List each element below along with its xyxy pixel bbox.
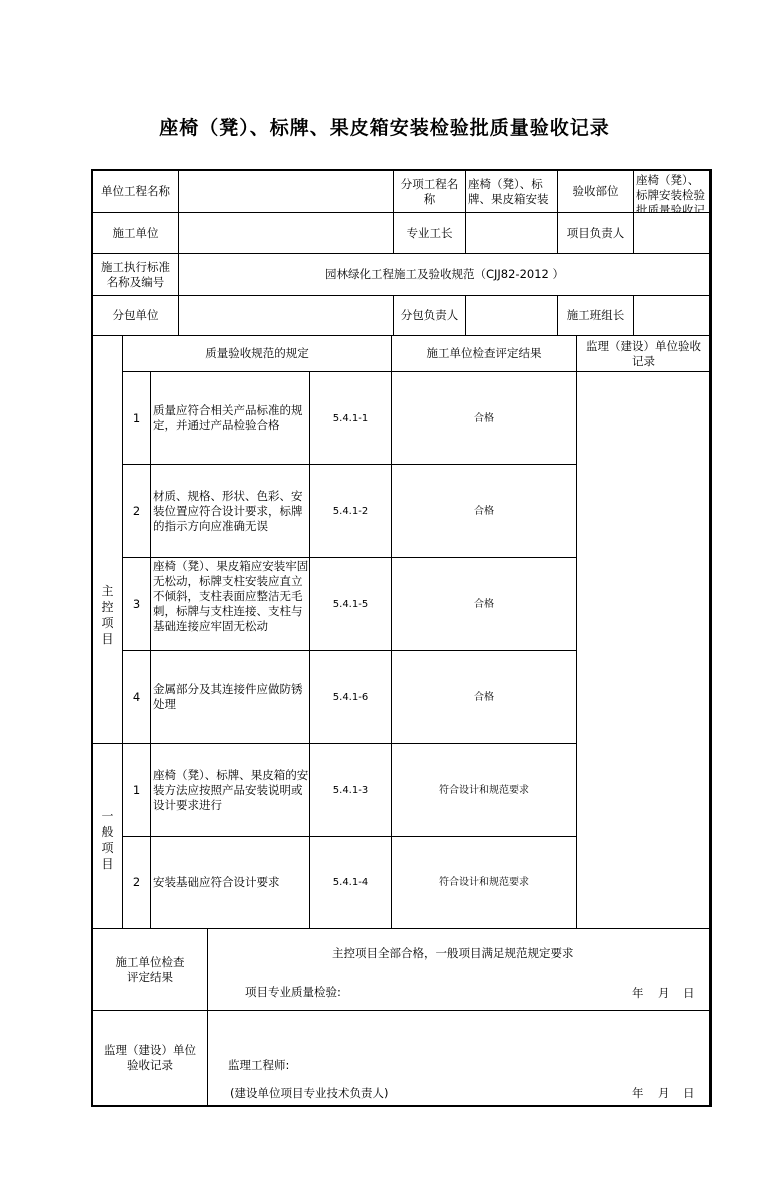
general-item-2-result[interactable]: 符合设计和规范要求	[391, 836, 577, 929]
quality-inspector-label: 项目专业质量检验:	[245, 984, 341, 1000]
subcontractor-field[interactable]	[178, 295, 394, 336]
general-item-1-requirement: 座椅（凳）、标牌、果皮箱的安装方法应按照产品安装说明或设计要求进行	[150, 743, 310, 837]
general-label: 一 般 项 目	[101, 808, 113, 872]
unit-project-name-label: 单位工程名称	[92, 170, 179, 213]
main-item-1-no: 1	[122, 371, 151, 465]
standard-label: 施工执行标准名称及编号	[92, 253, 179, 296]
inspection-record-table: 单位工程名称 分项工程名称 座椅（凳）、标牌、果皮箱安装 验收部位 座椅（凳）、…	[0, 0, 769, 1202]
general-category: 一 般 项 目	[92, 743, 123, 929]
check-date-year: 年	[632, 985, 644, 1001]
main-item-4-result[interactable]: 合格	[391, 650, 577, 744]
check-date-month: 月	[658, 985, 670, 1001]
supervising-engineer-label: 监理工程师:	[228, 1057, 289, 1073]
subcontract-manager-field[interactable]	[465, 295, 558, 336]
supervision-record-field[interactable]	[576, 371, 711, 929]
main-item-2-result[interactable]: 合格	[391, 464, 577, 558]
general-item-1-result[interactable]: 符合设计和规范要求	[391, 743, 577, 837]
foreman-label: 专业工长	[393, 212, 466, 254]
record-date-day: 日	[683, 1085, 695, 1101]
subcontractor-label: 分包单位	[92, 295, 179, 336]
main-item-2-no: 2	[122, 464, 151, 558]
acceptance-part-field[interactable]: 座椅（凳）、标牌安装检验批质量验收记	[633, 170, 711, 213]
main-item-4-no: 4	[122, 650, 151, 744]
sub-item-name-field[interactable]: 座椅（凳）、标牌、果皮箱安装	[465, 170, 558, 213]
record-date-year: 年	[632, 1085, 644, 1101]
construction-check-conclusion: 主控项目全部合格，一般项目满足规范规定要求	[332, 945, 574, 961]
main-item-3-requirement: 座椅（凳）、果皮箱应安装牢固无松动，标牌支柱安装应直立不倾斜，支柱表面应整洁无毛…	[150, 557, 310, 651]
project-manager-field[interactable]	[633, 212, 711, 254]
project-manager-label: 项目负责人	[557, 212, 634, 254]
general-item-1-no: 1	[122, 743, 151, 837]
general-item-2-requirement: 安装基础应符合设计要求	[150, 836, 310, 929]
main-item-1-requirement: 质量应符合相关产品标准的规定，并通过产品检验合格	[150, 371, 310, 465]
main-item-1-clause: 5.4.1-1	[309, 371, 392, 465]
supervision-column-header: 监理（建设）单位验收记录	[576, 335, 711, 372]
standard-field[interactable]: 园林绿化工程施工及验收规范（CJJ82-2012 ）	[178, 253, 711, 296]
owner-technical-lead-label: (建设单位项目专业技术负责人)	[230, 1085, 388, 1101]
team-leader-label: 施工班组长	[557, 295, 634, 336]
record-date-month: 月	[658, 1085, 670, 1101]
main-control-category: 主 控 项 目	[92, 335, 123, 744]
general-item-2-no: 2	[122, 836, 151, 929]
spec-column-header: 质量验收规范的规定	[122, 335, 392, 372]
result-column-header: 施工单位检查评定结果	[391, 335, 577, 372]
construction-check-label: 施工单位检查评定结果	[92, 928, 208, 1011]
subcontract-manager-label: 分包负责人	[393, 295, 466, 336]
main-item-2-requirement: 材质、规格、形状、色彩、安装位置应符合设计要求，标牌的指示方向应准确无误	[150, 464, 310, 558]
main-item-4-requirement: 金属部分及其连接件应做防锈处理	[150, 650, 310, 744]
team-leader-field[interactable]	[633, 295, 711, 336]
construction-unit-label: 施工单位	[92, 212, 179, 254]
unit-project-name-field[interactable]	[178, 170, 394, 213]
main-item-1-result[interactable]: 合格	[391, 371, 577, 465]
general-item-2-clause: 5.4.1-4	[309, 836, 392, 929]
supervision-record-label: 监理（建设）单位验收记录	[92, 1010, 208, 1106]
main-control-label: 主 控 项 目	[101, 583, 113, 647]
main-item-4-clause: 5.4.1-6	[309, 650, 392, 744]
main-item-2-clause: 5.4.1-2	[309, 464, 392, 558]
foreman-field[interactable]	[465, 212, 558, 254]
main-item-3-no: 3	[122, 557, 151, 651]
acceptance-part-label: 验收部位	[557, 170, 634, 213]
main-item-3-result[interactable]: 合格	[391, 557, 577, 651]
sub-item-name-label: 分项工程名称	[393, 170, 466, 213]
construction-unit-field[interactable]	[178, 212, 394, 254]
main-item-3-clause: 5.4.1-5	[309, 557, 392, 651]
general-item-1-clause: 5.4.1-3	[309, 743, 392, 837]
check-date-day: 日	[683, 985, 695, 1001]
